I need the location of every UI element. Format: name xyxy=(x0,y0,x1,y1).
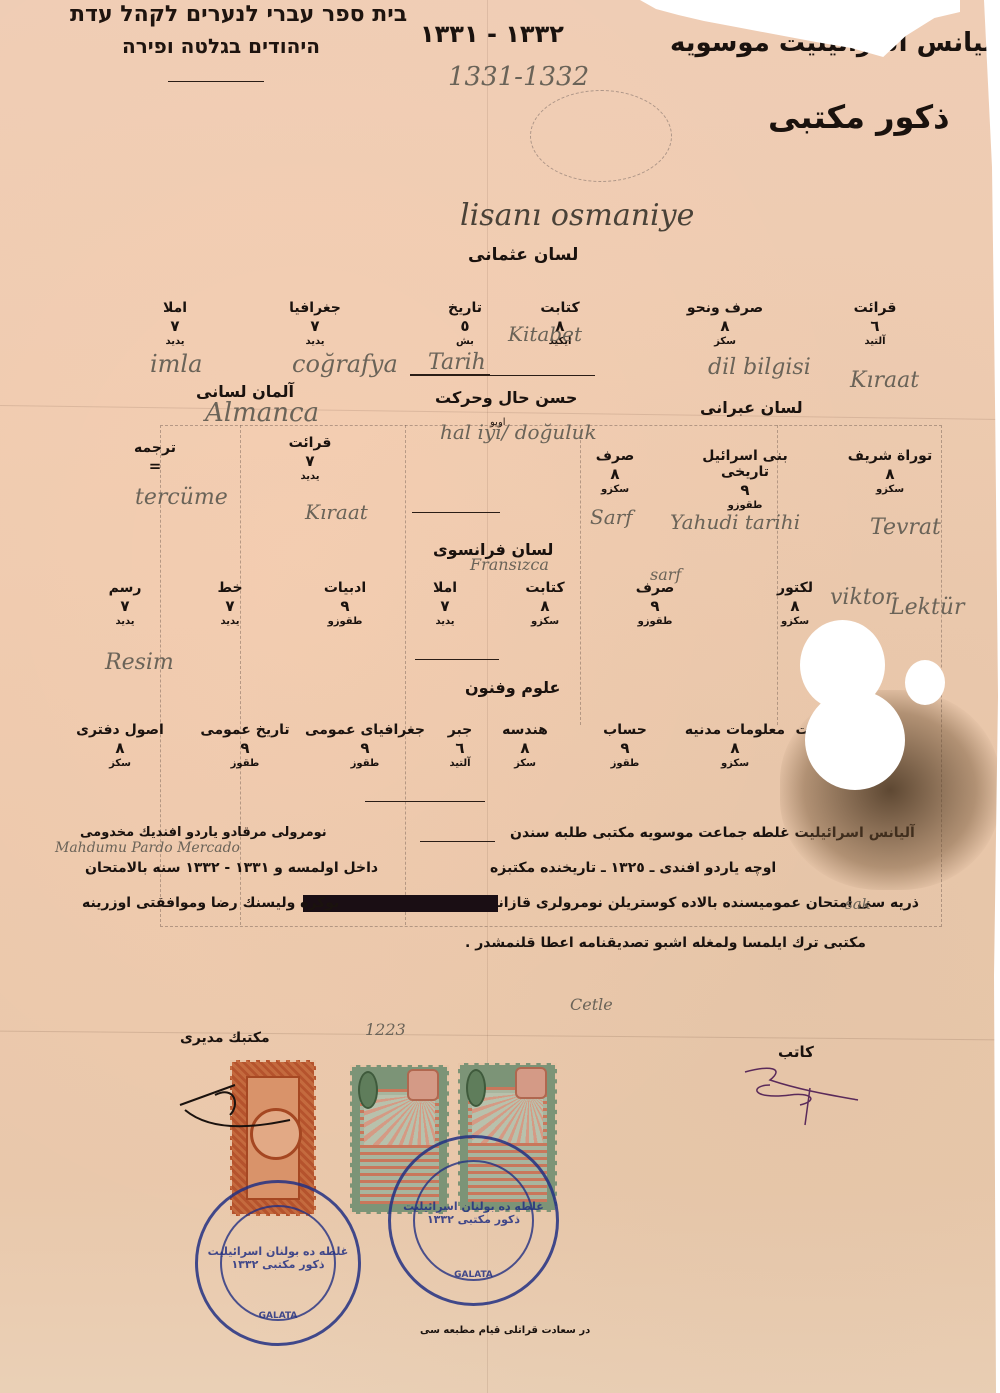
document-page: בית ספר עברי לנערים לקהל עדת היהודים בגל… xyxy=(0,0,1000,1393)
divider-fransevi xyxy=(412,512,500,513)
certificate-line2-left: داخل اولمسه و ١٣٣١ - ١٣٣٢ سنه بالامتحان xyxy=(85,860,378,876)
pencil-note: Kıraat xyxy=(850,368,919,393)
school-seal-right: غلطه ده بولنان اسرائيليت ذكور مكتبى ١٣٣٢… xyxy=(388,1135,559,1306)
subject-resim: رسم ٧ يديد xyxy=(70,580,180,627)
subject-tarih: تاريخ ٥ بش xyxy=(410,300,520,347)
pencil-note-lektur: Lektür xyxy=(890,595,965,620)
director-signature xyxy=(175,1065,295,1145)
subject-hat: خط ٧ يديد xyxy=(175,580,285,627)
pencil-note: Tarih xyxy=(428,350,486,375)
pencil-student-name: Mahdumu Pardo Mercado xyxy=(55,840,240,856)
ottoman-school-subtitle: ذكور مكتبى xyxy=(768,98,950,136)
pencil-note: Kıraat xyxy=(305,500,368,524)
section-title-lisan-osmani: لسان عثمانى xyxy=(468,245,578,265)
divider-certificate xyxy=(365,801,485,802)
faint-tughra-watermark xyxy=(530,90,672,182)
paper-hole-small xyxy=(905,660,945,705)
subject-tarih-umumi: تاريخ عمومى ٩ طقوز xyxy=(190,722,300,769)
pencil-years: 1331-1332 xyxy=(448,62,589,92)
seal-latin-text: GALATA xyxy=(198,1311,358,1321)
subject-cebir: جبر ٦ آلتيد xyxy=(430,722,490,769)
pencil-note: Resim xyxy=(105,650,174,675)
subject-tevrat: توراة شريف ٨ سكزو xyxy=(835,448,945,495)
subject-fransizca-imla: املا ٧ يديد xyxy=(390,580,500,627)
certificate-line1-left: نومرولى مرقادو ياردو افنديك مخدومى xyxy=(80,825,327,840)
blank-line xyxy=(420,841,495,842)
secretary-label: كاتب xyxy=(778,1043,814,1061)
pencil-note: imla xyxy=(150,350,202,378)
seal-text: غلطه ده بولنان اسرائيليت ذكور مكتبى ١٣٣٢ xyxy=(198,1245,358,1271)
grid-line xyxy=(240,425,241,925)
subject-tercume: ترجمه = xyxy=(100,440,210,475)
subject-yahudi-tarihi: بنى اسرائيل تاريخى ٩ طقوزو xyxy=(680,448,810,511)
certificate-line4: مكتبى ترك ايلمسا ولمغله اشبو تصديقنامه ا… xyxy=(465,935,866,951)
divider-husn xyxy=(410,375,595,376)
subject-kiraat: قرائت ٦ آلتيد xyxy=(820,300,930,347)
pencil-note-viktor: viktor xyxy=(830,585,895,610)
pencil-note-fransizca: Fransızca xyxy=(470,555,549,574)
header-divider xyxy=(168,81,264,82)
subject-malumat-medeniye: معلومات مدنيه ٨ سكزو xyxy=(680,722,790,769)
subject-imla: املا ٧ يديد xyxy=(120,300,230,347)
pencil-note: coğrafya xyxy=(292,350,398,378)
hebrew-header-line2: היהודים בגלטה ופירה xyxy=(122,34,320,58)
seal-text: غلطه ده بولنان اسرائيليت ذكور مكتبى ١٣٣٢ xyxy=(391,1200,556,1226)
subject-fransizca-kitabet: كتابت ٨ سكزو xyxy=(490,580,600,627)
certificate-line2-right: اوچه ياردو افندى ـ ١٣٢٥ ـ تاريخنده مكتبز… xyxy=(490,860,776,876)
secretary-signature xyxy=(740,1060,860,1130)
fold-line-horizontal-lower xyxy=(0,1031,1000,1041)
school-seal-left: غلطه ده بولنان اسرائيليت ذكور مكتبى ١٣٣٢… xyxy=(195,1180,361,1346)
grid-line xyxy=(405,425,406,925)
pencil-note-almanca: Almanca xyxy=(205,398,319,428)
subject-fransizca-sarf: صرف ٩ طقوزو xyxy=(600,580,710,627)
pencil-note: sarf xyxy=(650,565,681,584)
subject-edebiyat: ادبيات ٩ طقوزو xyxy=(290,580,400,627)
pencil-sak: sak xyxy=(845,895,871,913)
paper-hole-lower xyxy=(805,690,905,790)
divider-ulum xyxy=(415,659,499,660)
pencil-note: Yahudi tarihi xyxy=(670,510,800,534)
pencil-note: tercüme xyxy=(135,485,228,510)
subject-sarf-nahv: صرف ونحو ٨ سكز xyxy=(670,300,780,347)
subject-hendese: هندسه ٨ سكز xyxy=(490,722,560,769)
section-title-ulum-funun: علوم وفنون xyxy=(465,678,560,697)
director-label: مكتبك مديرى xyxy=(180,1030,270,1046)
subject-cografya-umumi: جغرافياى عمومى ٩ طقوز xyxy=(305,722,425,769)
seal-latin-text: GALATA xyxy=(391,1270,556,1280)
subject-almanca-kiraat: قرائت ٧ يديد xyxy=(255,435,365,482)
pencil-note-hal: hal iyi/ doğuluk xyxy=(440,420,597,444)
subject-hesap: حساب ٩ طقوز xyxy=(570,722,680,769)
pencil-note-lisani-osmaniye: lisanı osmaniye xyxy=(460,198,694,233)
pencil-note: Tevrat xyxy=(870,515,941,540)
section-title-husn-hal: حسن حال وحركت xyxy=(435,388,577,407)
subject-usul-defteri: اصول دفترى ٨ سكز xyxy=(65,722,175,769)
hebrew-header-line1: בית ספר עברי לנערים לקהל עדת xyxy=(70,2,407,27)
subject-cografya: جغرافيا ٧ يديد xyxy=(260,300,370,347)
pencil-note: Sarf xyxy=(590,505,633,529)
torn-edge-right xyxy=(960,0,1000,1393)
certificate-line3-left: بوكره وليسنك رضا وموافقتى اوزرينه xyxy=(82,895,339,911)
header-years: ١٣٣٢ - ١٣٣١ xyxy=(420,20,564,48)
section-title-lisan-ibrani: لسان عبرانى xyxy=(700,398,803,417)
pencil-number: 1223 xyxy=(365,1020,406,1039)
pencil-note: dil bilgisi xyxy=(708,355,811,380)
subject-ibrani-sarf: صرف ٨ سكزو xyxy=(560,448,670,495)
printer-imprint: در سعادت قراتلى قيام مطبعه سى xyxy=(420,1325,590,1336)
pencil-note-right: Cetle xyxy=(570,995,613,1014)
